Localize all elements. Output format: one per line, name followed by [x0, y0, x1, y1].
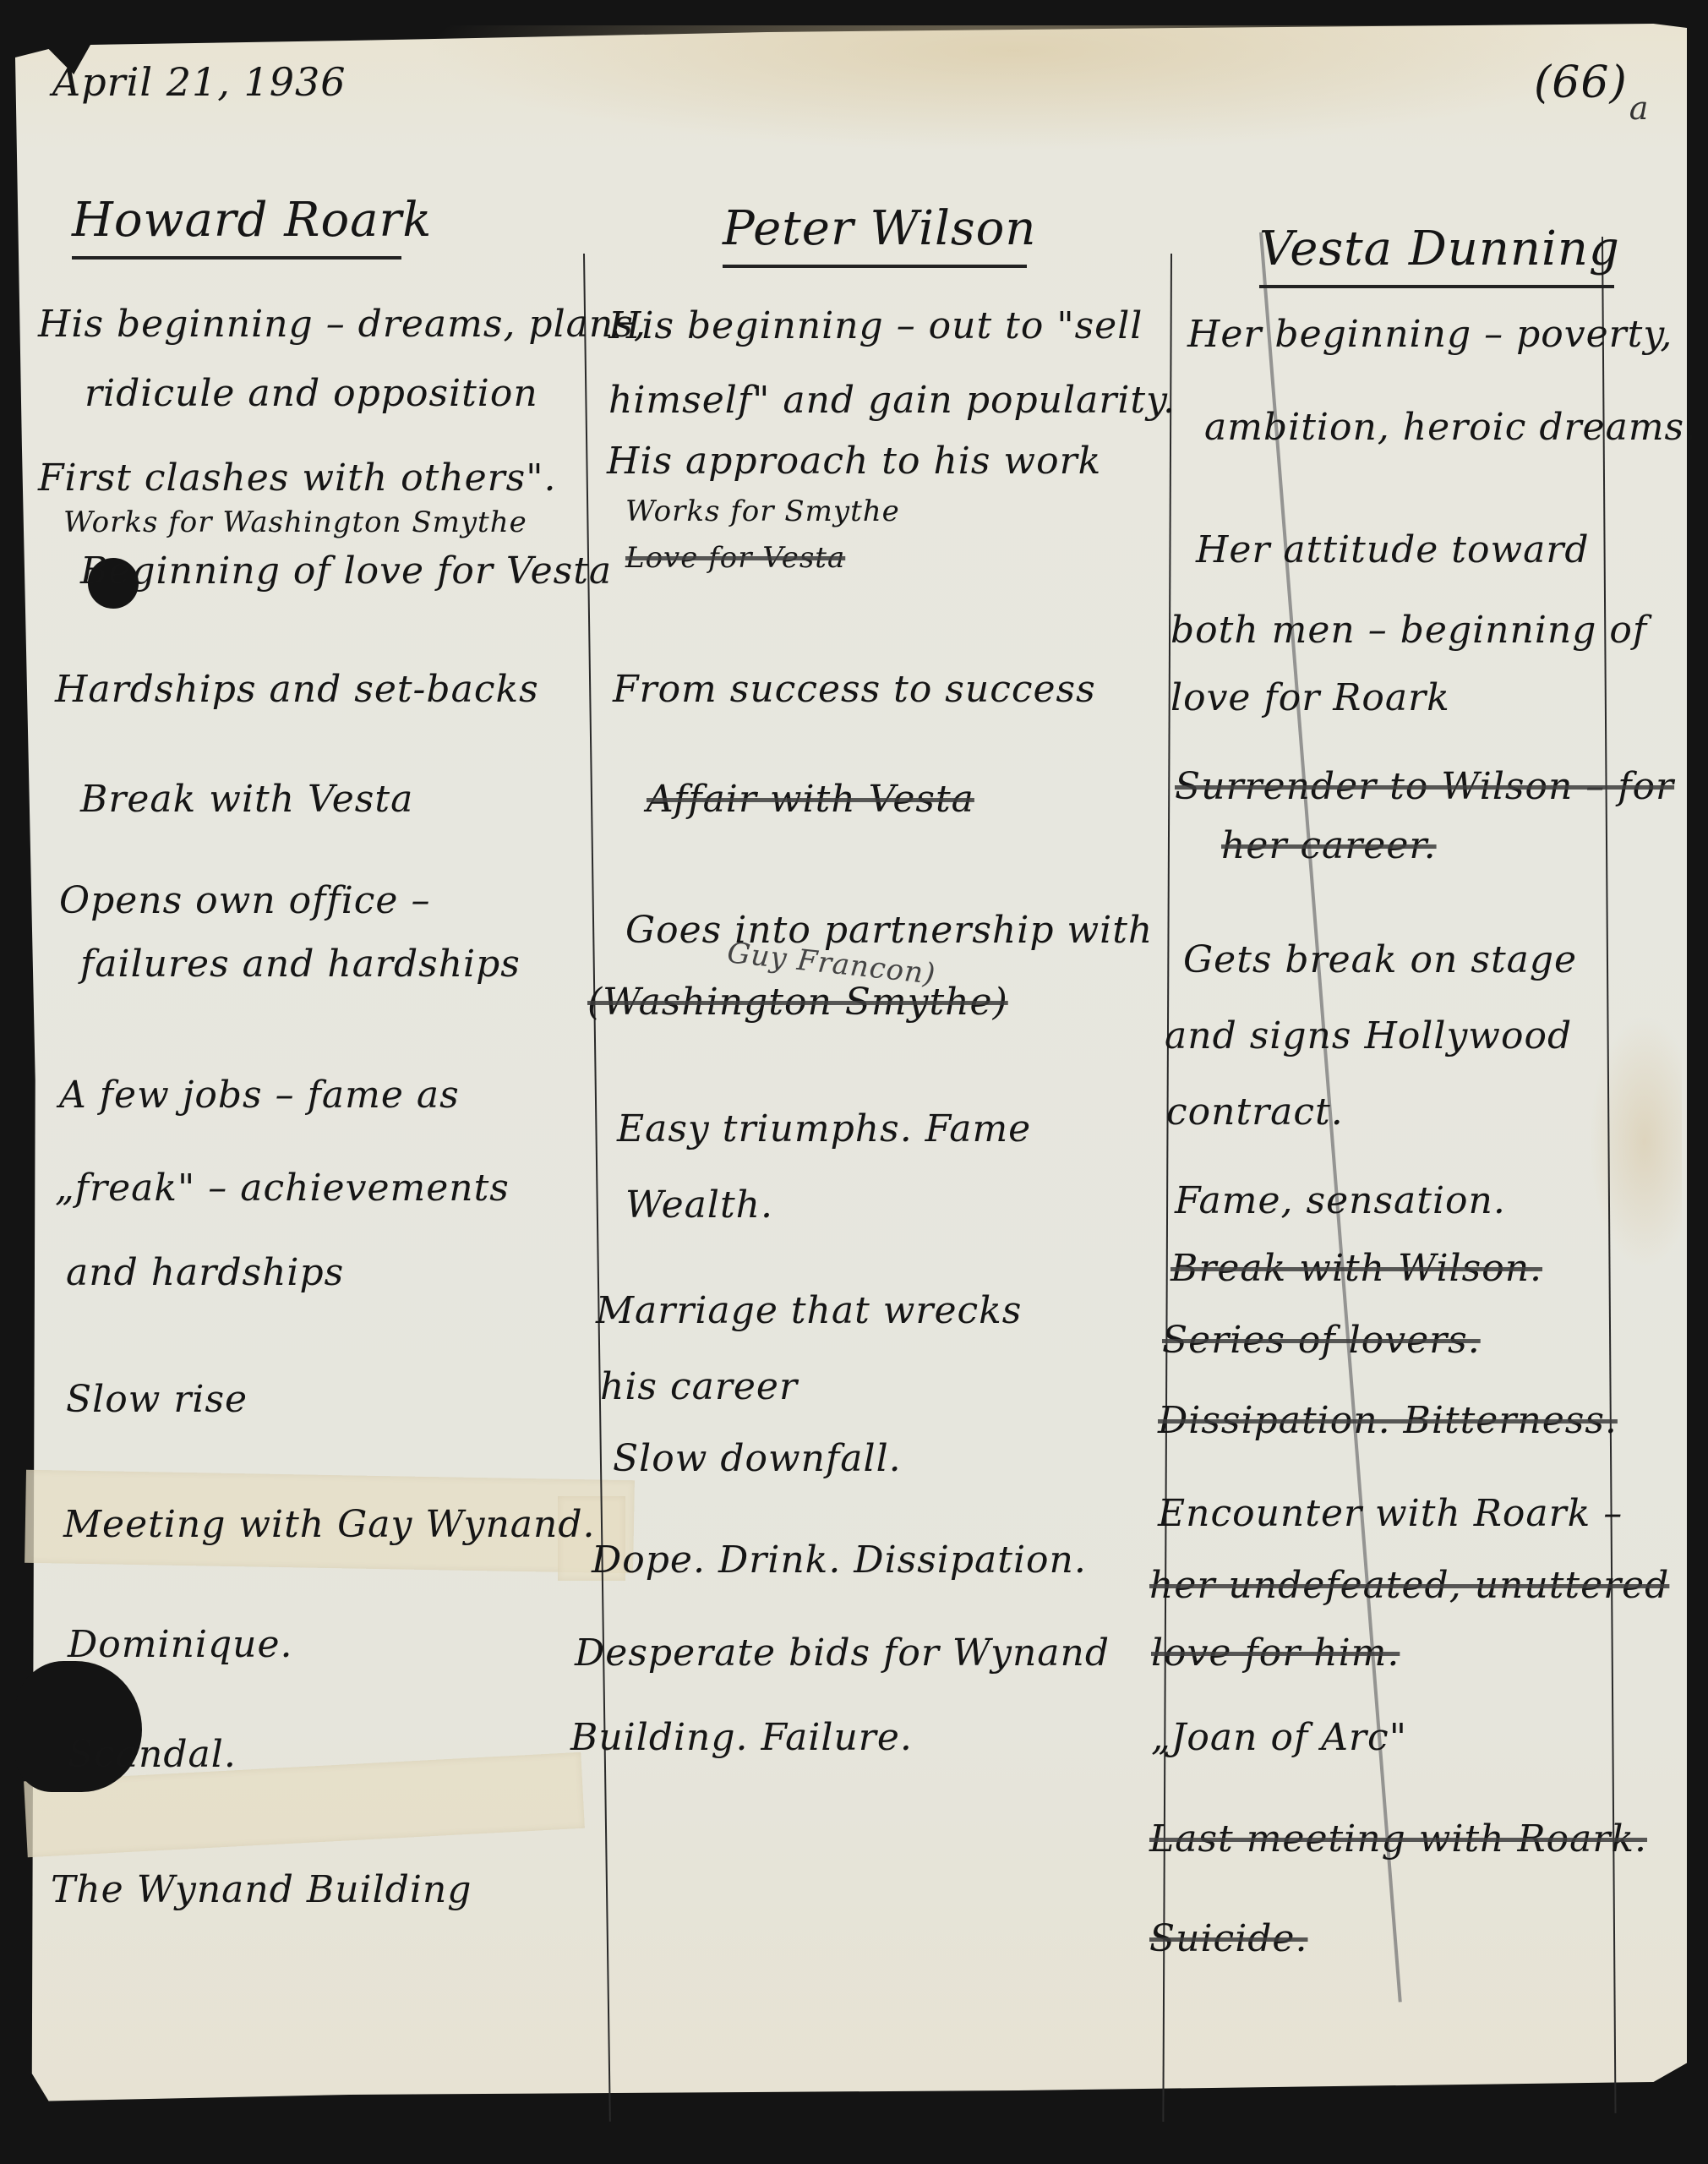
wilson-entry: Easy triumphs. Fame — [617, 1107, 1031, 1151]
dunning-entry: Encounter with Roark – — [1158, 1492, 1623, 1536]
wilson-entry-struck: Affair with Vesta — [647, 778, 974, 822]
wilson-entry: Goes into partnership with — [625, 909, 1153, 953]
wilson-entry-struck: Love for Vesta — [625, 541, 845, 575]
roark-entry: Scandal. — [68, 1733, 237, 1777]
dunning-entry-struck: Last meeting with Roark. — [1149, 1817, 1647, 1861]
dunning-entry: Her attitude toward — [1196, 528, 1590, 572]
roark-entry: A few jobs – fame as — [59, 1074, 460, 1118]
dunning-entry-struck: Surrender to Wilson – for — [1175, 765, 1674, 809]
dunning-entry-struck: her undefeated, unuttered — [1149, 1564, 1669, 1608]
roark-entry-inserted: Works for Washington Smythe — [63, 505, 527, 539]
wilson-entry: himself" and gain popularity. — [608, 379, 1176, 423]
dunning-entry-struck: Break with Wilson. — [1170, 1247, 1542, 1291]
column-heading-roark: Howard Roark — [72, 193, 401, 260]
dunning-entry-struck: her career. — [1221, 824, 1437, 868]
roark-entry: „freak" – achievements — [55, 1167, 510, 1210]
dunning-entry: „Joan of Arc" — [1151, 1716, 1407, 1760]
dunning-entry: and signs Hollywood — [1165, 1014, 1572, 1058]
wilson-entry: Dope. Drink. Dissipation. — [592, 1538, 1087, 1582]
dunning-entry-struck: Dissipation. Bitterness. — [1158, 1399, 1618, 1443]
wilson-entry: His approach to his work — [607, 440, 1101, 484]
wilson-entry-struck: (Washington Smythe) — [587, 981, 1008, 1025]
roark-entry: ridicule and opposition — [85, 372, 538, 416]
dunning-entry: Gets break on stage — [1183, 938, 1577, 982]
scan-frame: April 21, 1936 (66)a Howard Roark Peter … — [0, 0, 1708, 2164]
wilson-entry: From success to success — [613, 668, 1096, 712]
wilson-entry: Wealth. — [625, 1183, 773, 1227]
dunning-entry: love for Roark — [1170, 676, 1450, 720]
dunning-entry-struck: Series of lovers. — [1162, 1319, 1481, 1363]
column-heading-dunning: Vesta Dunning — [1259, 221, 1614, 288]
roark-entry: First clashes with others". — [38, 456, 556, 500]
dunning-entry: Her beginning – poverty, — [1187, 313, 1673, 357]
dunning-entry: Fame, sensation. — [1175, 1179, 1506, 1223]
wilson-entry: Slow downfall. — [613, 1437, 902, 1481]
roark-entry: Beginning of love for Vesta — [80, 549, 612, 593]
roark-entry: Slow rise — [66, 1378, 248, 1422]
wilson-entry-inserted: Works for Smythe — [625, 495, 900, 528]
roark-entry: The Wynand Building — [51, 1868, 472, 1912]
roark-entry: Meeting with Gay Wynand. — [63, 1503, 596, 1547]
roark-entry: Hardships and set-backs — [55, 668, 539, 712]
wilson-entry: Building. Failure. — [570, 1716, 913, 1760]
dunning-entry: ambition, heroic dreams. — [1204, 406, 1697, 450]
wilson-entry: his career — [600, 1365, 798, 1409]
roark-entry: failures and hardships — [80, 943, 521, 986]
column-heading-wilson: Peter Wilson — [723, 201, 1027, 268]
dunning-entry-struck: love for him. — [1151, 1631, 1400, 1675]
roark-entry: Break with Vesta — [80, 778, 413, 822]
roark-entry: Opens own office – — [59, 879, 430, 923]
date-header: April 21, 1936 — [52, 59, 347, 105]
wilson-entry: His beginning – out to "sell — [608, 304, 1143, 348]
dunning-entry: both men – beginning of — [1170, 609, 1647, 653]
page-number-main: (66) — [1534, 57, 1628, 108]
wilson-entry: Desperate bids for Wynand — [575, 1631, 1110, 1675]
page-number-suffix: a — [1629, 90, 1650, 127]
roark-entry: His beginning – dreams, plans, — [38, 303, 647, 347]
page-number: (66)a — [1534, 57, 1649, 108]
wilson-entry: Marriage that wrecks — [596, 1289, 1022, 1333]
roark-entry: Dominique. — [68, 1623, 293, 1667]
dunning-entry: contract. — [1166, 1090, 1344, 1134]
roark-entry: and hardships — [66, 1251, 344, 1295]
dunning-entry-struck: Suicide. — [1149, 1917, 1307, 1961]
